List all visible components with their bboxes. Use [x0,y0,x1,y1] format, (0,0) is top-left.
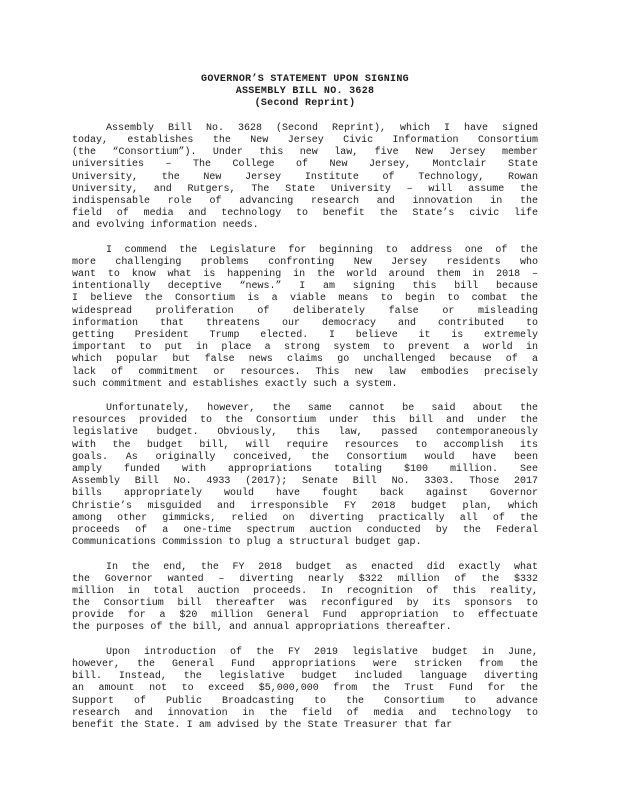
text-line: indispensable role of advancing research… [72,196,538,208]
document-content: GOVERNOR’S STATEMENT UPON SIGNING ASSEMB… [72,74,538,732]
text-line: legislative budget. Obviously, this law,… [72,427,538,439]
text-line: among other gimmicks, relied on divertin… [72,513,538,525]
document-page: GOVERNOR’S STATEMENT UPON SIGNING ASSEMB… [0,0,618,800]
text-line: the Governor wanted – diverting nearly $… [72,574,538,586]
text-line: bill. Instead, the legislative budget in… [72,671,538,683]
title-line-3: (Second Reprint) [72,98,538,110]
text-line: Communications Commission to plug a stru… [72,537,538,549]
text-line: getting President Trump elected. I belie… [72,330,538,342]
text-line: want to know what is happening in the wo… [72,269,538,281]
text-line: Christie’s misguided and irresponsible F… [72,501,538,513]
paragraph: Unfortunately, however, the same cannot … [72,403,538,549]
title-line-1: GOVERNOR’S STATEMENT UPON SIGNING [72,74,538,86]
paragraph: I commend the Legislature for beginning … [72,245,538,391]
text-line: benefit the State. I am advised by the S… [72,720,538,732]
text-line: which popular but false news claims go u… [72,354,538,366]
text-line: In the end, the FY 2018 budget as enacte… [72,562,538,574]
text-line: Assembly Bill No. 4933 (2017); Senate Bi… [72,476,538,488]
text-line: Support of Public Broadcasting to the Co… [72,696,538,708]
paragraph: Upon introduction of the FY 2019 legisla… [72,647,538,732]
text-line: research and innovation in the field of … [72,708,538,720]
text-line: Assembly Bill No. 3628 (Second Reprint),… [72,123,538,135]
text-line: intentionally deceptive “news.” I am sig… [72,281,538,293]
text-line: universities – The College of New Jersey… [72,159,538,171]
text-line: widespread proliferation of deliberately… [72,306,538,318]
text-line: Unfortunately, however, the same cannot … [72,403,538,415]
text-line: an amount not to exceed $5,000,000 from … [72,683,538,695]
text-line: such commitment and establishes exactly … [72,379,538,391]
text-line: however, the General Fund appropriations… [72,659,538,671]
text-line: amply funded with appropriations totalin… [72,464,538,476]
text-line: the purposes of the bill, and annual app… [72,622,538,634]
text-line: I believe the Consortium is a viable mea… [72,293,538,305]
document-body: Assembly Bill No. 3628 (Second Reprint),… [72,123,538,732]
text-line: more challenging problems confronting Ne… [72,257,538,269]
text-line: important to put in place a strong syste… [72,342,538,354]
document-title: GOVERNOR’S STATEMENT UPON SIGNING ASSEMB… [72,74,538,111]
text-line: lack of commitment or resources. This ne… [72,367,538,379]
text-line: University, the New Jersey Institute of … [72,172,538,184]
text-line: and evolving information needs. [72,220,538,232]
text-line: proceeds of a one-time spectrum auction … [72,525,538,537]
text-line: Upon introduction of the FY 2019 legisla… [72,647,538,659]
text-line: bills appropriately would have fought ba… [72,488,538,500]
text-line: today, establishes the New Jersey Civic … [72,135,538,147]
title-line-2: ASSEMBLY BILL NO. 3628 [72,86,538,98]
text-line: million in total auction proceeds. In re… [72,586,538,598]
text-line: goals. As originally conceived, the Cons… [72,452,538,464]
text-line: the Consortium bill thereafter was recon… [72,598,538,610]
text-line: provide for a $20 million General Fund a… [72,610,538,622]
text-line: (the “Consortium”). Under this new law, … [72,147,538,159]
text-line: University, and Rutgers, The State Unive… [72,184,538,196]
paragraph: In the end, the FY 2018 budget as enacte… [72,562,538,635]
text-line: resources provided to the Consortium und… [72,415,538,427]
text-line: field of media and technology to benefit… [72,208,538,220]
paragraph: Assembly Bill No. 3628 (Second Reprint),… [72,123,538,233]
text-line: with the budget bill, will require resou… [72,440,538,452]
text-line: I commend the Legislature for beginning … [72,245,538,257]
text-line: information that threatens our democracy… [72,318,538,330]
